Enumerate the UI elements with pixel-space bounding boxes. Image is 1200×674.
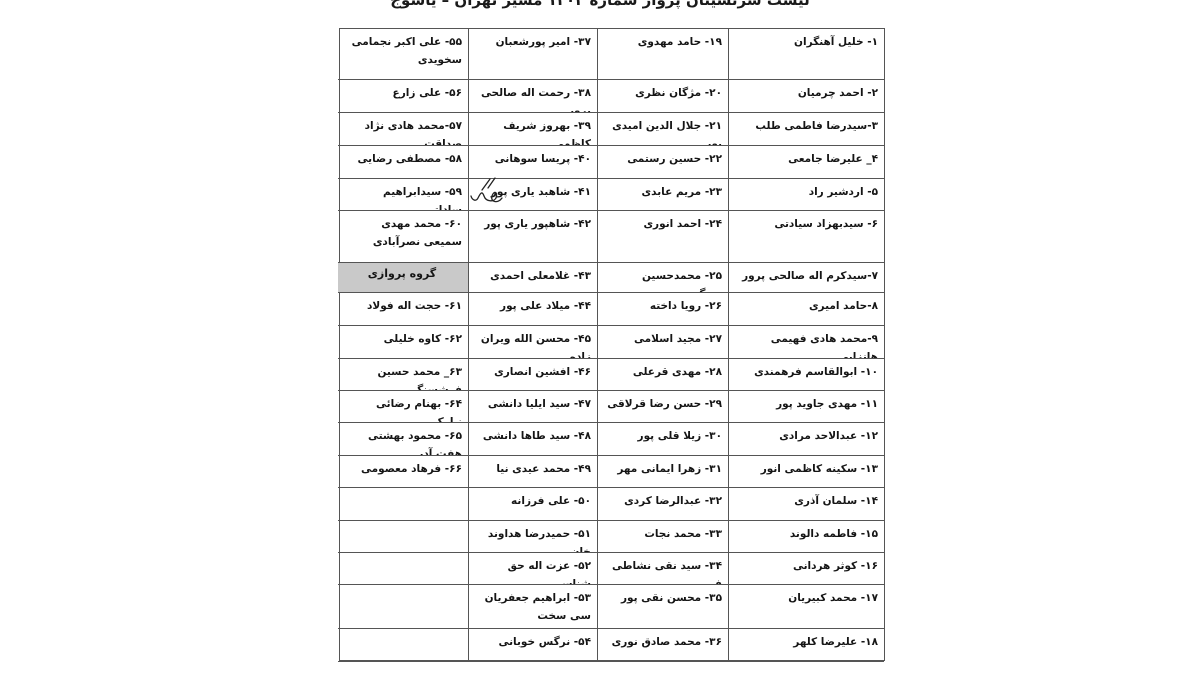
passenger-cell: ۲۴- احمد انوری — [597, 211, 728, 263]
passenger-cell: ۲- احمد چرمیان — [728, 80, 884, 113]
passenger-cell: ۴_ علیرضا جامعی — [728, 146, 884, 179]
empty-cell — [338, 488, 468, 521]
passenger-cell: ۶۴- بهنام رضائی نیارکی — [338, 391, 468, 423]
empty-cell — [338, 585, 468, 629]
group-header-cell: گروه پروازی — [338, 263, 468, 293]
passenger-cell: ۵۴- نرگس خوبانی — [468, 629, 597, 662]
passenger-cell: ۶۲- کاوه خلیلی — [338, 326, 468, 359]
passenger-cell: ۸-حامد امیری — [728, 293, 884, 326]
passenger-cell: ۴۴- میلاد علی پور — [468, 293, 597, 326]
passenger-cell: ۴۹- محمد عیدی نیا — [468, 456, 597, 488]
passenger-cell: ۲۰- مژگان نظری — [597, 80, 728, 113]
empty-cell — [338, 629, 468, 662]
passenger-cell: ۱۵- فاطمه دالوند — [728, 521, 884, 553]
passenger-cell: ۴۸- سید طاها دانشی — [468, 423, 597, 456]
passenger-cell: ۳۵- محسن نقی پور — [597, 585, 728, 629]
passenger-list-table: ۱- خلیل آهنگران۱۹- حامد مهدوی۳۷- امیر پو… — [339, 28, 885, 661]
passenger-cell: ۵۶- علی زارع — [338, 80, 468, 113]
passenger-cell: ۴۲- شاهپور یاری پور — [468, 211, 597, 263]
passenger-cell: ۱۰- ابوالقاسم فرهمندی — [728, 359, 884, 391]
passenger-cell: ۵۹- سیدابراهیم ساداتی — [338, 179, 468, 211]
passenger-cell: ۴۳- غلامعلی احمدی — [468, 263, 597, 293]
passenger-cell: ۱۷- محمد کبیریان — [728, 585, 884, 629]
passenger-cell: ۲۶- رویا داخته — [597, 293, 728, 326]
passenger-cell: ۵۸- مصطفی رضایی — [338, 146, 468, 179]
passenger-cell: ۳۲- عبدالرضا کردی — [597, 488, 728, 521]
passenger-cell: ۴۷- سید ایلیا دانشی — [468, 391, 597, 423]
passenger-cell: ۵۰- علی فرزانه — [468, 488, 597, 521]
passenger-cell: ۲۲- حسین رستمی — [597, 146, 728, 179]
passenger-cell: ۲۹- حسن رضا قرلاقی — [597, 391, 728, 423]
passenger-cell: ۱۳- سکینه کاظمی انور — [728, 456, 884, 488]
passenger-cell: ۱۱- مهدی جاوید پور — [728, 391, 884, 423]
document-title: لیست سرنشینان پرواز شماره ۱۲۰۲ مسیر تهرا… — [330, 0, 870, 15]
passenger-cell: ۹-محمد هادی فهیمی هانزایی — [728, 326, 884, 359]
passenger-cell: ۲۳- مریم عابدی — [597, 179, 728, 211]
passenger-cell: ۶۳_ محمد حسین فرشسنگی — [338, 359, 468, 391]
passenger-cell: ۱۹- حامد مهدوی — [597, 29, 728, 80]
passenger-cell: ۳۰- زیلا قلی پور — [597, 423, 728, 456]
passenger-cell: ۱۶- کوثر هردانی — [728, 553, 884, 585]
passenger-cell: ۳۹- بهروز شریف کاظمی — [468, 113, 597, 146]
passenger-cell: ۳۶- محمد صادق نوری — [597, 629, 728, 662]
passenger-cell: ۳۴- سید نقی نشاطی فر — [597, 553, 728, 585]
empty-cell — [338, 553, 468, 585]
passenger-cell: ۴۱- شاهبد یاری پور — [468, 179, 597, 211]
passenger-cell: ۴۵- محسن الله ویران زاده — [468, 326, 597, 359]
passenger-cell: ۶۱- حجت اله فولاد — [338, 293, 468, 326]
passenger-cell: ۲۱- جلال الدین امیدی پور — [597, 113, 728, 146]
passenger-cell: ۳-سیدرضا فاطمی طلب — [728, 113, 884, 146]
passenger-cell: ۱۴- سلمان آذری — [728, 488, 884, 521]
passenger-cell: ۵۳- ابراهیم جعفریان سی سخت — [468, 585, 597, 629]
passenger-cell: ۲۸- مهدی قرعلی — [597, 359, 728, 391]
passenger-cell: ۴۶- افشین انصاری — [468, 359, 597, 391]
passenger-cell: ۵۲- عزت اله حق شناس — [468, 553, 597, 585]
passenger-cell: ۲۷- مجید اسلامی — [597, 326, 728, 359]
passenger-cell: ۱۲- عبدالاحد مرادی — [728, 423, 884, 456]
passenger-cell: ۳۷- امیر پورشعبان — [468, 29, 597, 80]
passenger-cell: ۶۶- فرهاد معصومی — [338, 456, 468, 488]
passenger-cell: ۱- خلیل آهنگران — [728, 29, 884, 80]
passenger-cell: ۷-سیدکرم اله صالحی پرور — [728, 263, 884, 293]
passenger-cell: ۵۱- حمیدرضا هداوند خان — [468, 521, 597, 553]
passenger-cell: ۵۷-محمد هادی نژاد صداقت — [338, 113, 468, 146]
passenger-cell: ۲۵- محمدحسین برزگری — [597, 263, 728, 293]
empty-cell — [338, 521, 468, 553]
passenger-cell: ۱۸- علیرضا کلهر — [728, 629, 884, 662]
passenger-cell: ۴۰- پریسا سوهانی — [468, 146, 597, 179]
passenger-cell: ۳۱- زهرا ایمانی مهر — [597, 456, 728, 488]
passenger-cell: ۳۸- رحمت اله صالحی پرور — [468, 80, 597, 113]
passenger-cell: ۵- اردشیر راد — [728, 179, 884, 211]
passenger-cell: ۵۵- علی اکبر نجمامی سخویدی — [338, 29, 468, 80]
passenger-cell: ۶۵- محمود بهشتی هفت آدر — [338, 423, 468, 456]
passenger-cell: ۶۰- محمد مهدی سمیعی نصرآبادی — [338, 211, 468, 263]
passenger-cell: ۶- سیدبهزاد سیادتی — [728, 211, 884, 263]
passenger-cell: ۳۳- محمد نجات — [597, 521, 728, 553]
